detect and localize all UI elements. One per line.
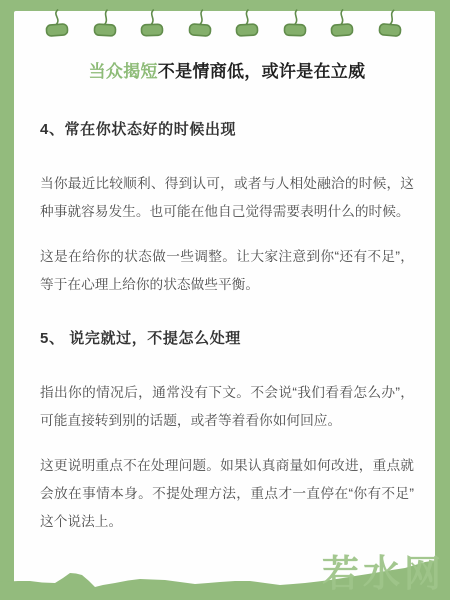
section-heading-5: 5、 说完就过，不提怎么处理 xyxy=(40,327,414,348)
paragraph: 指出你的情况后，通常没有下文。不会说“我们看看怎么办”，可能直接转到别的话题，或… xyxy=(40,379,414,435)
binder-hook-icon xyxy=(94,9,116,36)
binder-hook-icon xyxy=(189,9,212,36)
site-watermark: 若水网 xyxy=(322,543,445,597)
binder-hooks-decoration xyxy=(0,0,450,48)
title-highlight: 当众揭短 xyxy=(89,62,158,81)
infographic-card: { "title": { "highlight": "当众揭短", "rest"… xyxy=(0,0,450,600)
paragraph: 当你最近比较顺利、得到认可，或者与人相处融洽的时候，这种事就容易发生。也可能在他… xyxy=(40,170,414,226)
binder-hook-icon xyxy=(284,10,306,36)
binder-hook-icon xyxy=(235,9,257,36)
article-content: 当众揭短不是情商低，或许是在立威 4、常在你状态好的时候出现 当你最近比较顺利、… xyxy=(40,0,414,553)
paragraph: 这更说明重点不在处理问题。如果认真商量如何改进，重点就会放在事情本身。不提处理方… xyxy=(40,452,414,536)
binder-hook-icon xyxy=(141,10,163,36)
binder-hook-icon xyxy=(379,9,402,36)
title-rest: 不是情商低，或许是在立威 xyxy=(158,62,366,81)
section-heading-4: 4、常在你状态好的时候出现 xyxy=(40,118,414,139)
binder-hook-icon xyxy=(330,9,353,36)
binder-hook-icon xyxy=(45,9,68,36)
paragraph: 这是在给你的状态做一些调整。让大家注意到你“还有不足”，等于在心理上给你的状态做… xyxy=(40,243,414,299)
page-title: 当众揭短不是情商低，或许是在立威 xyxy=(40,57,414,82)
